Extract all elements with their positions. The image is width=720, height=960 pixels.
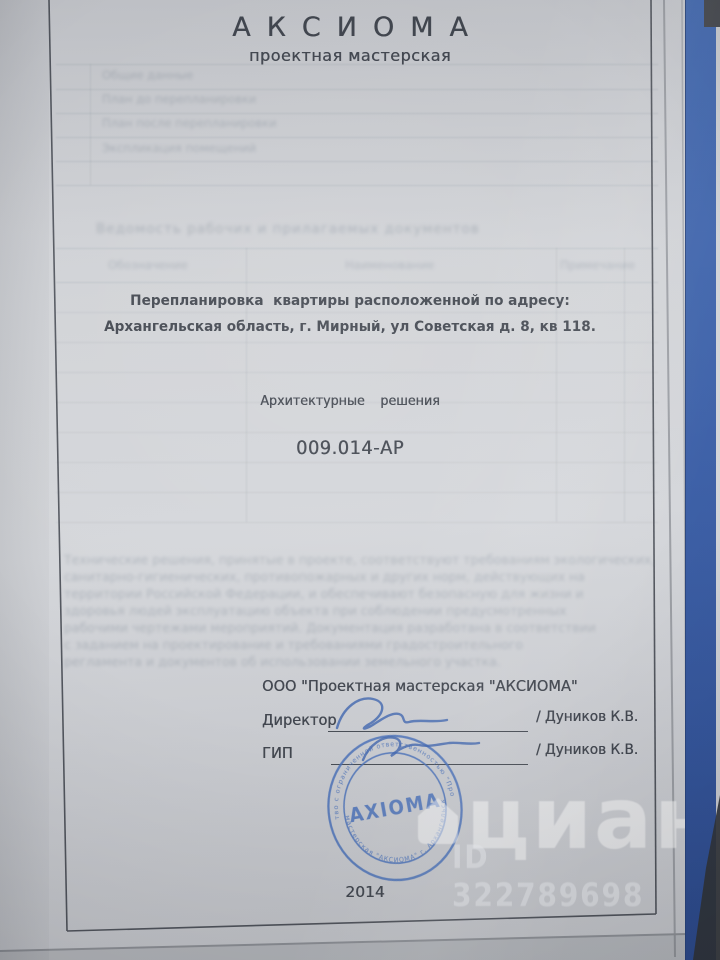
lighting-sheen [0, 0, 720, 960]
document-photo: Общие данные План до перепланировки План… [0, 0, 720, 960]
